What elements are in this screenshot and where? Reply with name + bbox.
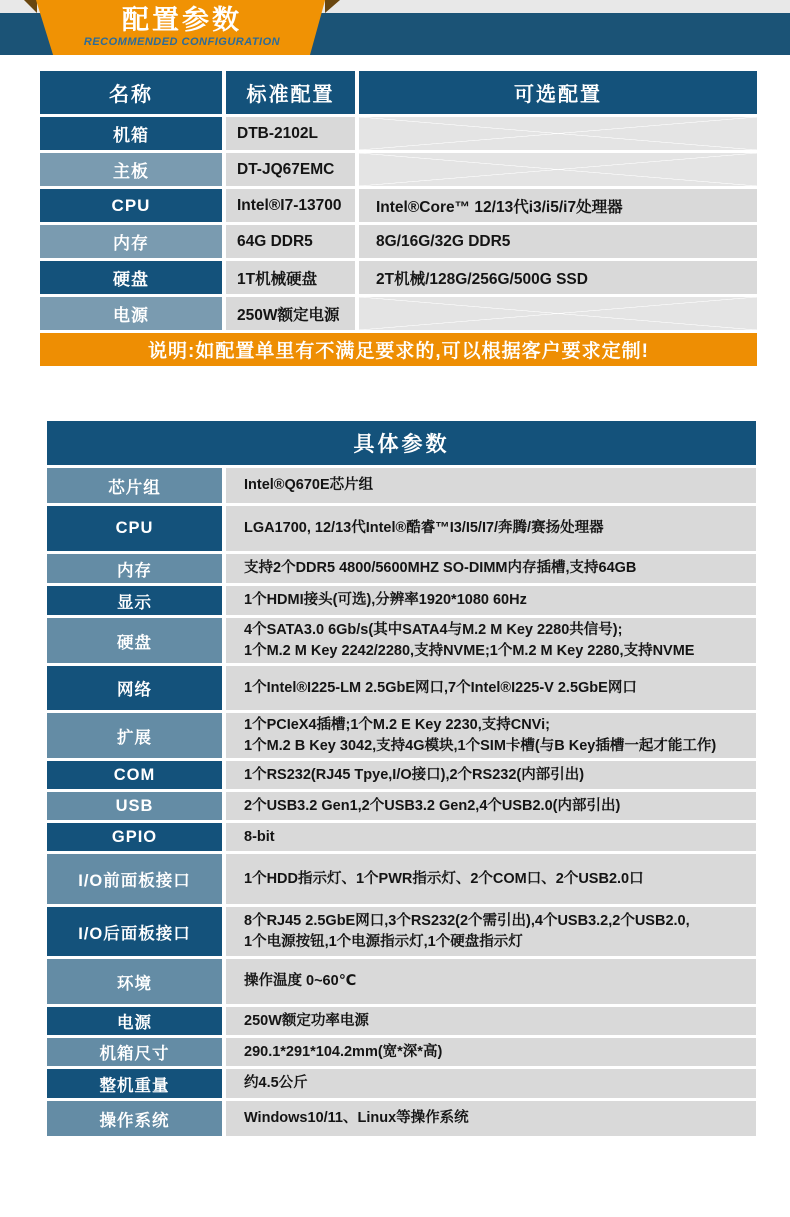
row-label: CPU	[47, 506, 222, 551]
row-label: 电源	[40, 297, 222, 330]
row-label: I/O后面板接口	[47, 907, 222, 956]
row-value: Intel®Q670E芯片组	[226, 468, 756, 503]
row-label: 硬盘	[47, 618, 222, 663]
row-label: I/O前面板接口	[47, 854, 222, 904]
spec-table-body: 芯片组Intel®Q670E芯片组CPULGA1700, 12/13代Intel…	[47, 468, 756, 1136]
table-row: 整机重量约4.5公斤	[47, 1069, 756, 1098]
row-value: 1个HDD指示灯、1个PWR指示灯、2个COM口、2个USB2.0口	[226, 854, 756, 904]
row-standard-value: DTB-2102L	[226, 117, 355, 150]
table-row: 机箱尺寸290.1*291*104.2mm(宽*深*高)	[47, 1038, 756, 1066]
row-value: Windows10/11、Linux等操作系统	[226, 1101, 756, 1136]
row-optional-value: 8G/16G/32G DDR5	[359, 225, 757, 258]
table-row: 电源250W额定功率电源	[47, 1007, 756, 1035]
table-row: 硬盘4个SATA3.0 6Gb/s(其中SATA4与M.2 M Key 2280…	[47, 618, 756, 663]
row-value: 2个USB3.2 Gen1,2个USB3.2 Gen2,4个USB2.0(内部引…	[226, 792, 756, 820]
row-label: 电源	[47, 1007, 222, 1035]
table-row: 显示1个HDMI接头(可选),分辨率1920*1080 60Hz	[47, 586, 756, 615]
row-label: 机箱	[40, 117, 222, 150]
row-standard-value: DT-JQ67EMC	[226, 153, 355, 186]
table-row: 电源250W额定电源	[40, 297, 757, 330]
row-label: 操作系统	[47, 1101, 222, 1136]
table-row: 操作系统Windows10/11、Linux等操作系统	[47, 1101, 756, 1136]
row-value: 支持2个DDR5 4800/5600MHZ SO-DIMM内存插槽,支持64GB	[226, 554, 756, 583]
row-label: 整机重量	[47, 1069, 222, 1098]
row-label: 内存	[47, 554, 222, 583]
custom-note-bar: 说明:如配置单里有不满足要求的,可以根据客户要求定制!	[40, 333, 757, 366]
row-optional-value: 2T机械/128G/256G/500G SSD	[359, 261, 757, 294]
config-table-header: 名称 标准配置 可选配置	[40, 71, 757, 114]
row-label: GPIO	[47, 823, 222, 851]
table-row: I/O前面板接口1个HDD指示灯、1个PWR指示灯、2个COM口、2个USB2.…	[47, 854, 756, 904]
banner-subtitle: RECOMMENDED CONFIGURATION	[24, 36, 340, 48]
config-table-body: 机箱DTB-2102L主板DT-JQ67EMCCPUIntel®I7-13700…	[40, 117, 757, 330]
row-value: LGA1700, 12/13代Intel®酷睿™I3/I5/I7/奔腾/赛扬处理…	[226, 506, 756, 551]
row-optional-empty	[359, 297, 757, 330]
table-row: 硬盘1T机械硬盘2T机械/128G/256G/500G SSD	[40, 261, 757, 294]
section-banner: 配置参数 RECOMMENDED CONFIGURATION	[24, 0, 340, 55]
row-label: 机箱尺寸	[47, 1038, 222, 1066]
row-value: 操作温度 0~60℃	[226, 959, 756, 1004]
spec-table: 具体参数 芯片组Intel®Q670E芯片组CPULGA1700, 12/13代…	[47, 421, 756, 1139]
row-label: 显示	[47, 586, 222, 615]
row-label: 内存	[40, 225, 222, 258]
row-value: 1个RS232(RJ45 Tpye,I/O接口),2个RS232(内部引出)	[226, 761, 756, 789]
table-row: 芯片组Intel®Q670E芯片组	[47, 468, 756, 503]
row-optional-empty	[359, 117, 757, 150]
row-label: 环境	[47, 959, 222, 1004]
row-value: 4个SATA3.0 6Gb/s(其中SATA4与M.2 M Key 2280共信…	[226, 618, 756, 663]
table-row: COM1个RS232(RJ45 Tpye,I/O接口),2个RS232(内部引出…	[47, 761, 756, 789]
spec-table-title: 具体参数	[47, 421, 756, 465]
table-row: CPUIntel®I7-13700Intel®Core™ 12/13代i3/i5…	[40, 189, 757, 222]
config-table: 名称 标准配置 可选配置 机箱DTB-2102L主板DT-JQ67EMCCPUI…	[40, 71, 757, 366]
row-standard-value: 250W额定电源	[226, 297, 355, 330]
row-standard-value: 1T机械硬盘	[226, 261, 355, 294]
row-value: 1个Intel®I225-LM 2.5GbE网口,7个Intel®I225-V …	[226, 666, 756, 710]
table-row: USB2个USB3.2 Gen1,2个USB3.2 Gen2,4个USB2.0(…	[47, 792, 756, 820]
row-label: 网络	[47, 666, 222, 710]
row-value: 8-bit	[226, 823, 756, 851]
row-optional-value: Intel®Core™ 12/13代i3/i5/i7处理器	[359, 189, 757, 222]
row-label: 硬盘	[40, 261, 222, 294]
row-value: 约4.5公斤	[226, 1069, 756, 1098]
row-value: 1个PCIeX4插槽;1个M.2 E Key 2230,支持CNVi; 1个M.…	[226, 713, 756, 758]
header-optional: 可选配置	[359, 71, 757, 114]
table-row: GPIO8-bit	[47, 823, 756, 851]
row-value: 250W额定功率电源	[226, 1007, 756, 1035]
row-optional-empty	[359, 153, 757, 186]
row-value: 290.1*291*104.2mm(宽*深*高)	[226, 1038, 756, 1066]
row-label: CPU	[40, 189, 222, 222]
header-standard: 标准配置	[226, 71, 355, 114]
banner-title: 配置参数	[24, 5, 340, 35]
row-label: 芯片组	[47, 468, 222, 503]
table-row: 内存支持2个DDR5 4800/5600MHZ SO-DIMM内存插槽,支持64…	[47, 554, 756, 583]
header-name: 名称	[40, 71, 222, 114]
row-label: USB	[47, 792, 222, 820]
table-row: 机箱DTB-2102L	[40, 117, 757, 150]
row-value: 8个RJ45 2.5GbE网口,3个RS232(2个需引出),4个USB3.2,…	[226, 907, 756, 956]
row-label: 扩展	[47, 713, 222, 758]
row-standard-value: 64G DDR5	[226, 225, 355, 258]
row-value: 1个HDMI接头(可选),分辨率1920*1080 60Hz	[226, 586, 756, 615]
table-row: I/O后面板接口8个RJ45 2.5GbE网口,3个RS232(2个需引出),4…	[47, 907, 756, 956]
row-standard-value: Intel®I7-13700	[226, 189, 355, 222]
table-row: CPULGA1700, 12/13代Intel®酷睿™I3/I5/I7/奔腾/赛…	[47, 506, 756, 551]
row-label: COM	[47, 761, 222, 789]
table-row: 主板DT-JQ67EMC	[40, 153, 757, 186]
table-row: 网络1个Intel®I225-LM 2.5GbE网口,7个Intel®I225-…	[47, 666, 756, 710]
row-label: 主板	[40, 153, 222, 186]
table-row: 内存64G DDR58G/16G/32G DDR5	[40, 225, 757, 258]
table-row: 环境操作温度 0~60℃	[47, 959, 756, 1004]
table-row: 扩展1个PCIeX4插槽;1个M.2 E Key 2230,支持CNVi; 1个…	[47, 713, 756, 758]
